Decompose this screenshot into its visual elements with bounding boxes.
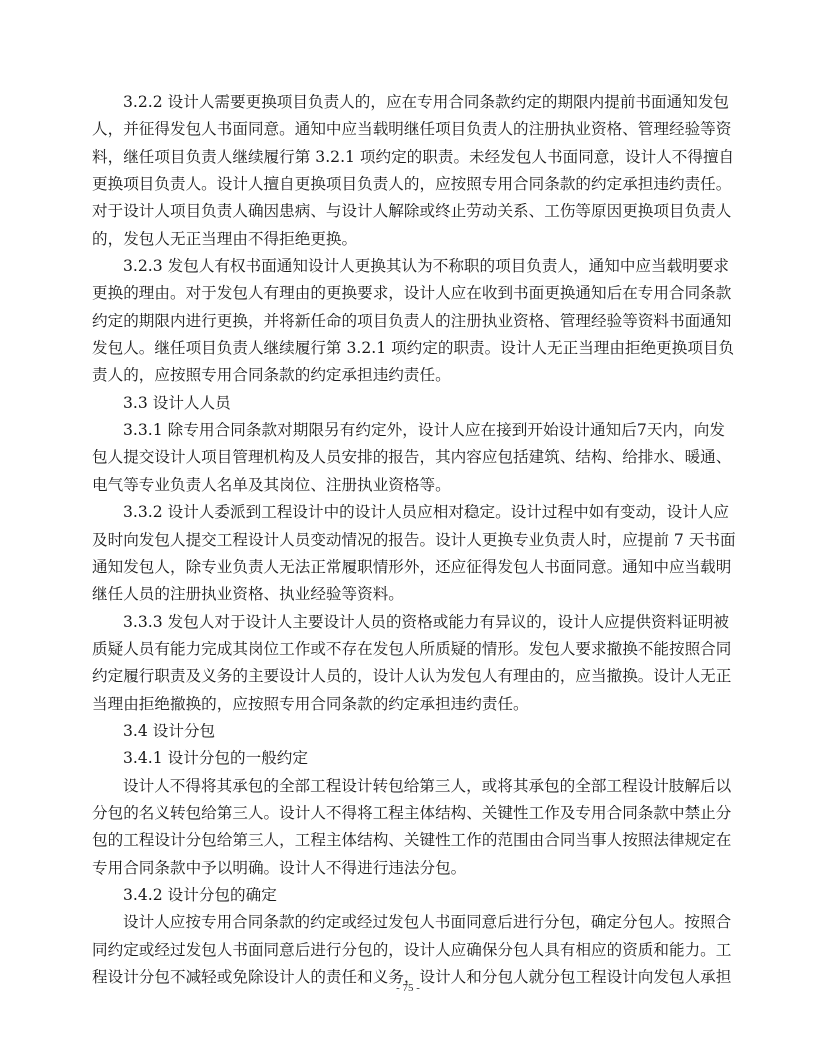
text-line: 的，发包人无正当理由不得拒绝更换。 bbox=[92, 226, 725, 253]
text-line: 包的工程设计分包给第三人，工程主体结构、关键性工作的范围由合同当事人按照法律规定… bbox=[92, 827, 725, 854]
text-line: 发包人。继任项目负责人继续履行第 3.2.1 项约定的职责。设计人无正当理由拒绝… bbox=[92, 335, 725, 362]
text-line: 约定履行职责及义务的主要设计人员的，设计人认为发包人有理由的，应当撤换。设计人无… bbox=[92, 663, 725, 690]
clause-paragraph: 3.3.3 发包人对于设计人主要设计人员的资格或能力有异议的，设计人应提供资料证… bbox=[92, 609, 725, 718]
text-line: 3.3 设计人人员 bbox=[92, 390, 725, 417]
text-line: 更换的理由。对于发包人有理由的更换要求，设计人应在收到书面更换通知后在专用合同条… bbox=[92, 280, 725, 307]
text-line: 更换项目负责人。设计人擅自更换项目负责人的，应按照专用合同条款的约定承担违约责任… bbox=[92, 171, 725, 198]
text-line: 继任人员的注册执业资格、执业经验等资料。 bbox=[92, 581, 725, 608]
text-line: 质疑人员有能力完成其岗位工作或不存在发包人所质疑的情形。发包人要求撤换不能按照合… bbox=[92, 636, 725, 663]
clause-paragraph: 3.3.2 设计人委派到工程设计中的设计人员应相对稳定。设计过程中如有变动，设计… bbox=[92, 499, 725, 608]
clause-paragraph: 3.3.1 除专用合同条款对期限另有约定外，设计人应在接到开始设计通知后7天内，… bbox=[92, 417, 725, 499]
clause-paragraph: 设计人不得将其承包的全部工程设计转包给第三人，或将其承包的全部工程设计肢解后以分… bbox=[92, 773, 725, 882]
section-heading: 3.4.2 设计分包的确定 bbox=[92, 882, 725, 909]
text-line: 通知发包人，除专业负责人无法正常履职情形外，还应征得发包人书面同意。通知中应当载… bbox=[92, 554, 725, 581]
text-line: 3.4 设计分包 bbox=[92, 718, 725, 745]
text-line: 人，并征得发包人书面同意。通知中应当载明继任项目负责人的注册执业资格、管理经验等… bbox=[92, 116, 725, 143]
section-heading: 3.3 设计人人员 bbox=[92, 390, 725, 417]
text-line: 3.3.1 除专用合同条款对期限另有约定外，设计人应在接到开始设计通知后7天内，… bbox=[92, 417, 725, 444]
text-line: 设计人不得将其承包的全部工程设计转包给第三人，或将其承包的全部工程设计肢解后以 bbox=[92, 773, 725, 800]
clause-paragraph: 3.2.3 发包人有权书面通知设计人更换其认为不称职的项目负责人，通知中应当载明… bbox=[92, 253, 725, 390]
text-line: 及时向发包人提交工程设计人员变动情况的报告。设计人更换专业负责人时，应提前 7 … bbox=[92, 527, 725, 554]
text-line: 当理由拒绝撤换的，应按照专用合同条款的约定承担违约责任。 bbox=[92, 691, 725, 718]
text-line: 分包的名义转包给第三人。设计人不得将工程主体结构、关键性工作及专用合同条款中禁止… bbox=[92, 800, 725, 827]
text-line: 3.3.3 发包人对于设计人主要设计人员的资格或能力有异议的，设计人应提供资料证… bbox=[92, 609, 725, 636]
text-line: 包人提交设计人项目管理机构及人员安排的报告，其内容应包括建筑、结构、给排水、暖通… bbox=[92, 444, 725, 471]
text-line: 专用合同条款中予以明确。设计人不得进行违法分包。 bbox=[92, 855, 725, 882]
text-line: 3.2.3 发包人有权书面通知设计人更换其认为不称职的项目负责人，通知中应当载明… bbox=[92, 253, 725, 280]
text-line: 3.4.2 设计分包的确定 bbox=[92, 882, 725, 909]
text-line: 设计人应按专用合同条款的约定或经过发包人书面同意后进行分包，确定分包人。按照合 bbox=[92, 909, 725, 936]
text-line: 3.4.1 设计分包的一般约定 bbox=[92, 745, 725, 772]
clause-paragraph: 设计人应按专用合同条款的约定或经过发包人书面同意后进行分包，确定分包人。按照合同… bbox=[92, 909, 725, 991]
document-body: 3.2.2 设计人需要更换项目负责人的，应在专用合同条款约定的期限内提前书面通知… bbox=[92, 89, 725, 991]
text-line: 3.2.2 设计人需要更换项目负责人的，应在专用合同条款约定的期限内提前书面通知… bbox=[92, 89, 725, 116]
text-line: 同约定或经过发包人书面同意后进行分包的，设计人应确保分包人具有相应的资质和能力。… bbox=[92, 937, 725, 964]
text-line: 对于设计人项目负责人确因患病、与设计人解除或终止劳动关系、工伤等原因更换项目负责… bbox=[92, 198, 725, 225]
text-line: 约定的期限内进行更换，并将新任命的项目负责人的注册执业资格、管理经验等资料书面通… bbox=[92, 308, 725, 335]
text-line: 3.3.2 设计人委派到工程设计中的设计人员应相对稳定。设计过程中如有变动，设计… bbox=[92, 499, 725, 526]
text-line: 责人的，应按照专用合同条款的约定承担违约责任。 bbox=[92, 362, 725, 389]
section-heading: 3.4 设计分包 bbox=[92, 718, 725, 745]
page-number: - 75 - bbox=[0, 982, 816, 994]
text-line: 料，继任项目负责人继续履行第 3.2.1 项约定的职责。未经发包人书面同意，设计… bbox=[92, 144, 725, 171]
text-line: 电气等专业负责人名单及其岗位、注册执业资格等。 bbox=[92, 472, 725, 499]
section-heading: 3.4.1 设计分包的一般约定 bbox=[92, 745, 725, 772]
clause-paragraph: 3.2.2 设计人需要更换项目负责人的，应在专用合同条款约定的期限内提前书面通知… bbox=[92, 89, 725, 253]
